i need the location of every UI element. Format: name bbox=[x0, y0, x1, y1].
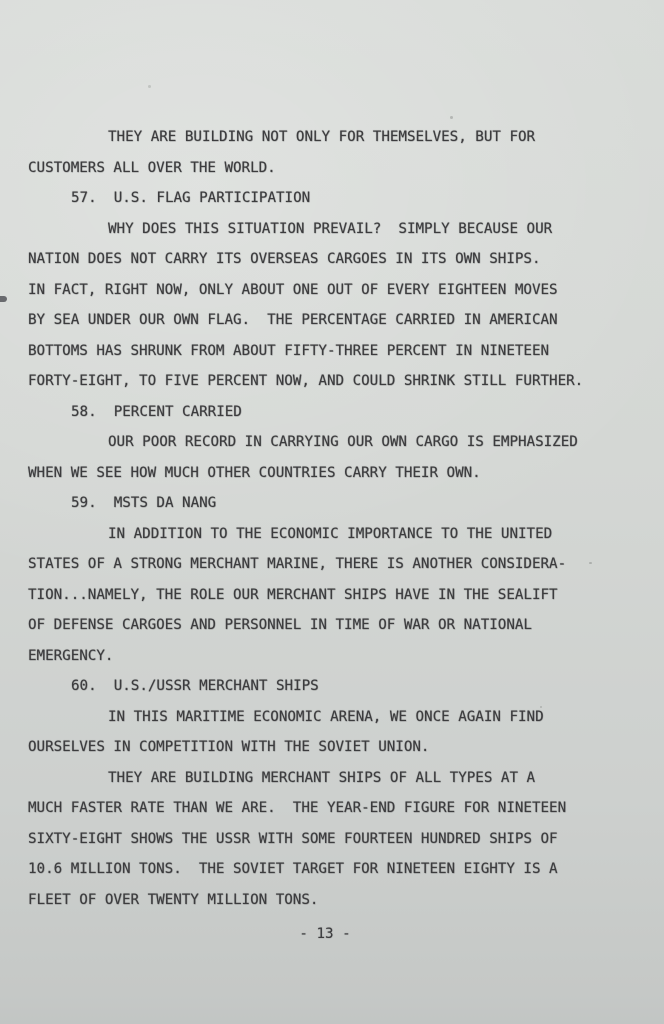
scan-speck bbox=[540, 706, 542, 708]
text-line: STATES OF A STRONG MERCHANT MARINE, THER… bbox=[28, 549, 638, 580]
section-heading-line: 58. PERCENT CARRIED bbox=[28, 397, 638, 428]
text-line: IN ADDITION TO THE ECONOMIC IMPORTANCE T… bbox=[28, 519, 638, 550]
section-heading-line: 57. U.S. FLAG PARTICIPATION bbox=[28, 183, 638, 214]
text-line: FORTY-EIGHT, TO FIVE PERCENT NOW, AND CO… bbox=[28, 366, 638, 397]
text-line: SIXTY-EIGHT SHOWS THE USSR WITH SOME FOU… bbox=[28, 824, 638, 855]
section-heading-line: 59. MSTS DA NANG bbox=[28, 488, 638, 519]
text-line: OUR POOR RECORD IN CARRYING OUR OWN CARG… bbox=[28, 427, 638, 458]
text-line: CUSTOMERS ALL OVER THE WORLD. bbox=[28, 153, 638, 184]
text-line: FLEET OF OVER TWENTY MILLION TONS. bbox=[28, 885, 638, 916]
scan-artifact-edge-mark bbox=[0, 296, 7, 302]
text-line: OURSELVES IN COMPETITION WITH THE SOVIET… bbox=[28, 732, 638, 763]
text-line: MUCH FASTER RATE THAN WE ARE. THE YEAR-E… bbox=[28, 793, 638, 824]
text-line: 10.6 MILLION TONS. THE SOVIET TARGET FOR… bbox=[28, 854, 638, 885]
scan-speck bbox=[148, 85, 151, 88]
text-line: THEY ARE BUILDING NOT ONLY FOR THEMSELVE… bbox=[28, 122, 638, 153]
text-line: THEY ARE BUILDING MERCHANT SHIPS OF ALL … bbox=[28, 763, 638, 794]
text-line: BY SEA UNDER OUR OWN FLAG. THE PERCENTAG… bbox=[28, 305, 638, 336]
typewritten-text-block: THEY ARE BUILDING NOT ONLY FOR THEMSELVE… bbox=[28, 122, 638, 915]
scan-speck bbox=[589, 562, 592, 564]
section-heading-line: 60. U.S./USSR MERCHANT SHIPS bbox=[28, 671, 638, 702]
text-line: IN FACT, RIGHT NOW, ONLY ABOUT ONE OUT O… bbox=[28, 275, 638, 306]
text-line: WHEN WE SEE HOW MUCH OTHER COUNTRIES CAR… bbox=[28, 458, 638, 489]
page-number: - 13 - bbox=[0, 919, 650, 949]
document-page: THEY ARE BUILDING NOT ONLY FOR THEMSELVE… bbox=[0, 0, 664, 1024]
text-line: WHY DOES THIS SITUATION PREVAIL? SIMPLY … bbox=[28, 214, 638, 245]
text-line: OF DEFENSE CARGOES AND PERSONNEL IN TIME… bbox=[28, 610, 638, 641]
text-line: BOTTOMS HAS SHRUNK FROM ABOUT FIFTY-THRE… bbox=[28, 336, 638, 367]
text-line: IN THIS MARITIME ECONOMIC ARENA, WE ONCE… bbox=[28, 702, 638, 733]
scan-speck bbox=[450, 116, 453, 119]
text-line: NATION DOES NOT CARRY ITS OVERSEAS CARGO… bbox=[28, 244, 638, 275]
text-line: EMERGENCY. bbox=[28, 641, 638, 672]
text-line: TION...NAMELY, THE ROLE OUR MERCHANT SHI… bbox=[28, 580, 638, 611]
